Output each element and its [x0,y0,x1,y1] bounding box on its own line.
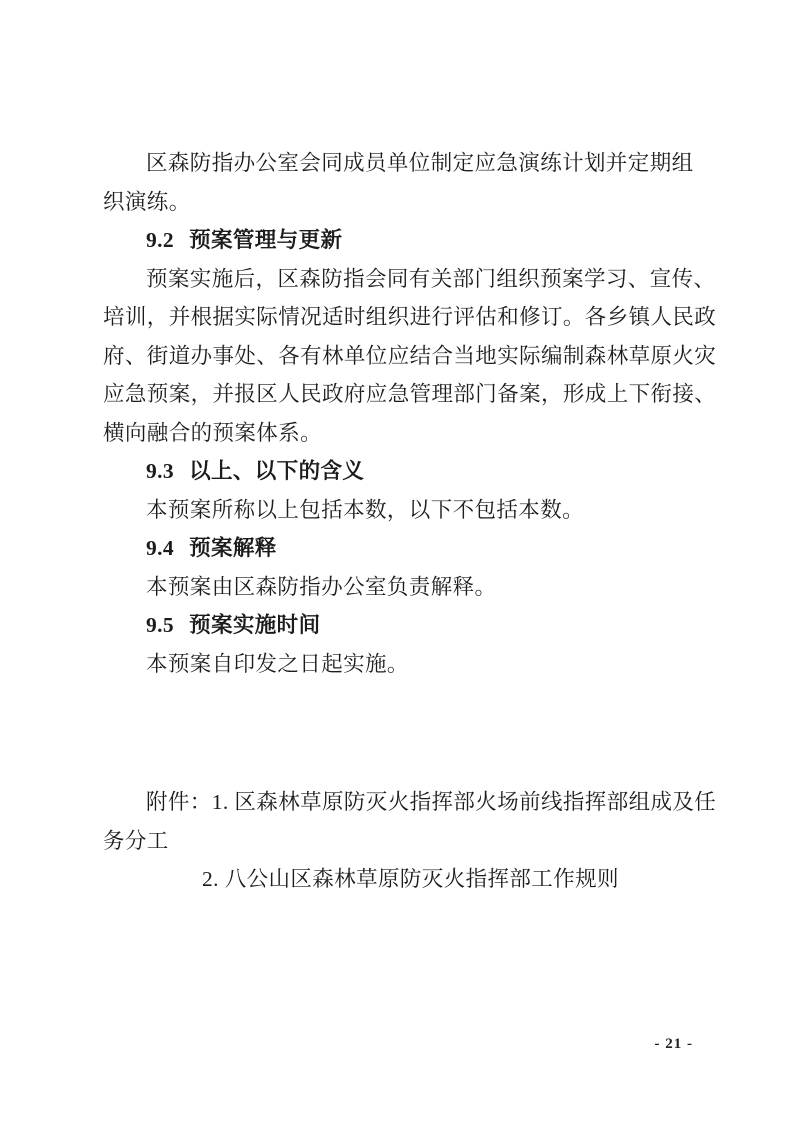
paragraph-2-line-3: 府、街道办事处、各有林单位应结合当地实际编制森林草原火灾 [103,337,697,376]
vertical-spacer [103,683,697,783]
paragraph-2-line-2: 培训，并根据实际情况适时组织进行评估和修订。各乡镇人民政 [103,298,697,337]
section-title: 预案管理与更新 [189,228,342,252]
paragraph-4: 本预案由区森防指办公室负责解释。 [103,568,697,607]
section-number: 9.4 [146,536,174,560]
section-heading-9-4: 9.4预案解释 [103,529,697,568]
section-heading-9-5: 9.5预案实施时间 [103,606,697,645]
paragraph-1-line-1: 区森防指办公室会同成员单位制定应急演练计划并定期组 [103,144,697,183]
section-title: 以上、以下的含义 [189,459,364,483]
section-heading-9-2: 9.2预案管理与更新 [103,221,697,260]
attachments-line-3: 2. 八公山区森林草原防灭火指挥部工作规则 [103,860,697,899]
section-number: 9.2 [146,228,174,252]
paragraph-2-line-5: 横向融合的预案体系。 [103,414,697,453]
paragraph-5: 本预案自印发之日起实施。 [103,645,697,684]
document-page: 区森防指办公室会同成员单位制定应急演练计划并定期组 织演练。 9.2预案管理与更… [0,0,793,1122]
paragraph-1-line-2: 织演练。 [103,183,697,222]
paragraph-3: 本预案所称以上包括本数，以下不包括本数。 [103,491,697,530]
paragraph-2-line-4: 应急预案，并报区人民政府应急管理部门备案，形成上下衔接、 [103,375,697,414]
paragraph-2-line-1: 预案实施后，区森防指会同有关部门组织预案学习、宣传、 [103,260,697,299]
section-heading-9-3: 9.3以上、以下的含义 [103,452,697,491]
section-title: 预案解释 [189,536,277,560]
attachments-line-2: 务分工 [103,822,697,861]
page-number: - 21 - [0,1036,693,1053]
document-body: 区森防指办公室会同成员单位制定应急演练计划并定期组 织演练。 9.2预案管理与更… [103,144,697,899]
attachments-line-1: 附件：1. 区森林草原防灭火指挥部火场前线指挥部组成及任 [103,783,697,822]
section-title: 预案实施时间 [189,613,320,637]
section-number: 9.5 [146,613,174,637]
section-number: 9.3 [146,459,174,483]
